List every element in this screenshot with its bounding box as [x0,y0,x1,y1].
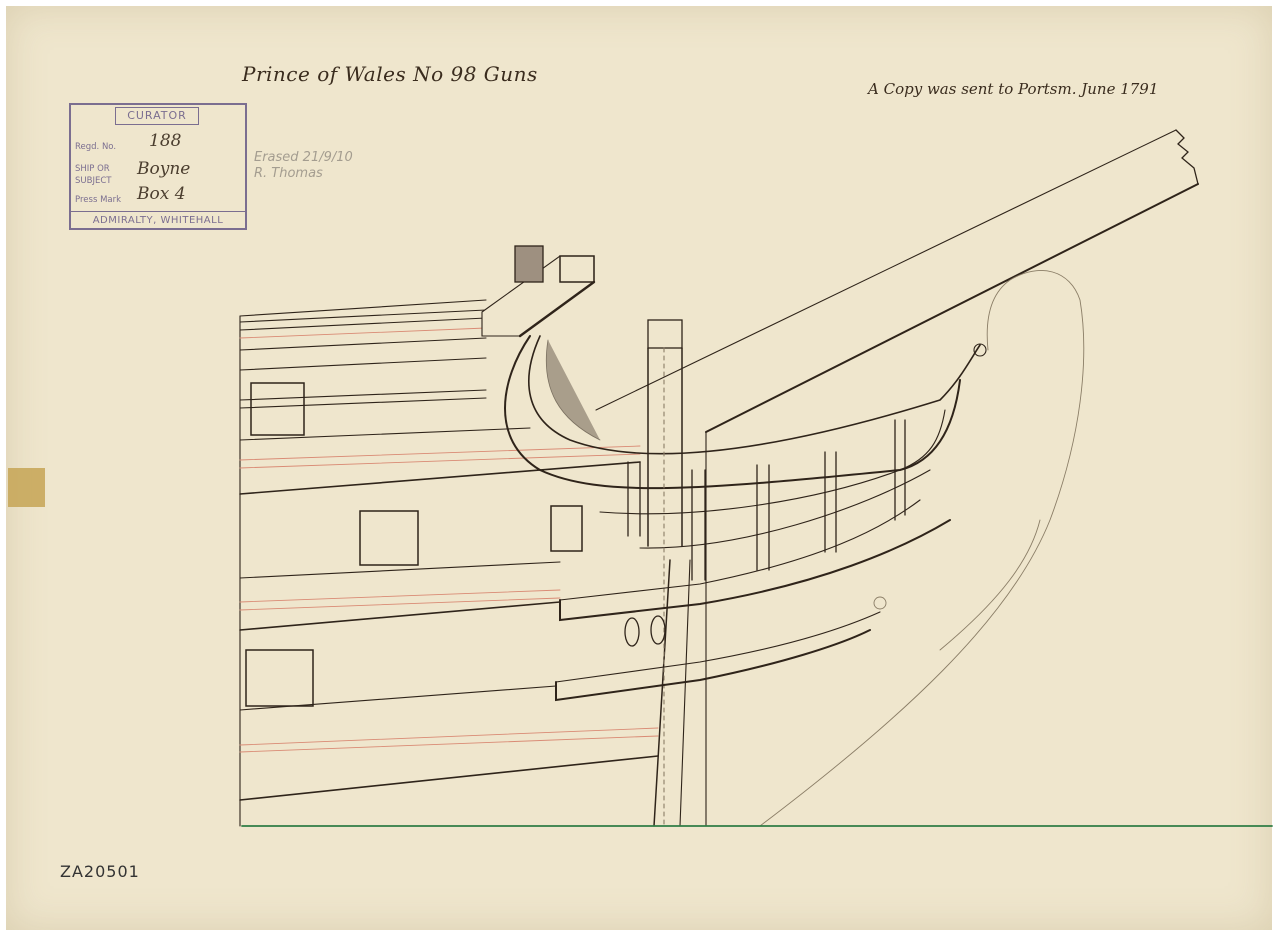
head-rails [505,336,986,548]
ship-bow-drawing [0,0,1280,938]
stem-post [648,320,706,826]
stem-outline [760,270,1084,826]
wales [556,500,950,700]
cathead [482,246,594,336]
hull-side [240,300,658,826]
bowsprit [596,130,1198,432]
